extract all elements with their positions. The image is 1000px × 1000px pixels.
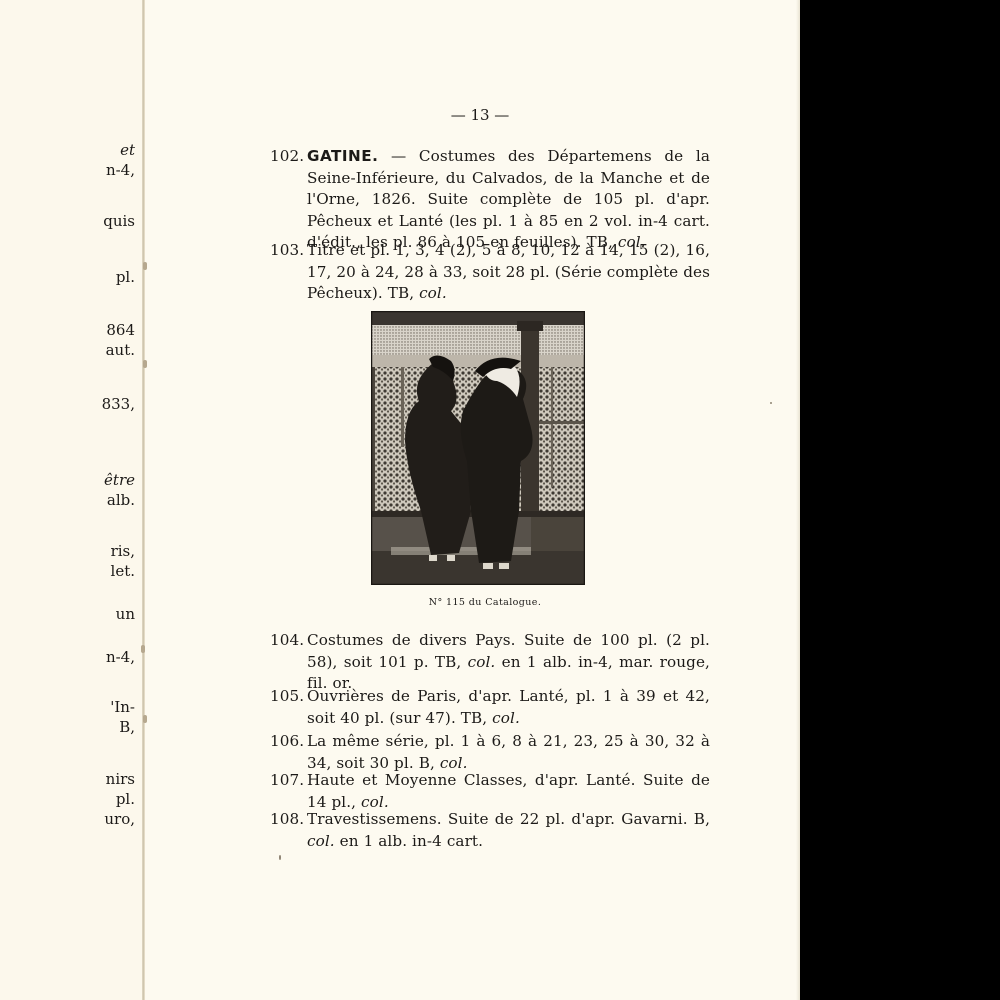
entry-number: 103.: [270, 240, 304, 262]
left-page-text-fragment: pl.: [116, 267, 135, 287]
catalogue-entry: 108.Travestissemens. Suite de 22 pl. d'a…: [270, 809, 710, 852]
entry-description: La même série, pl. 1 à 6, 8 à 21, 23, 25…: [307, 731, 710, 774]
left-page-text-fragment: quis: [103, 211, 135, 231]
page-edge: [796, 0, 800, 1000]
binding-thread-mark: [143, 360, 147, 368]
left-page-text-fragment: n-4,: [106, 647, 135, 667]
entry-condition-col: col.: [361, 793, 389, 811]
entry-text: Travestissemens. Suite de 22 pl. d'apr. …: [307, 810, 710, 828]
left-page-text-fragment: 833,: [102, 394, 135, 414]
catalogue-entry: 104.Costumes de divers Pays. Suite de 10…: [270, 630, 710, 695]
entry-condition-col: col.: [468, 653, 496, 671]
entry-text: Titre et pl. 1, 3, 4 (2), 5 à 8, 10, 12 …: [307, 241, 710, 302]
page-number: — 13 —: [440, 106, 520, 124]
left-page-text-fragment: être: [104, 470, 135, 490]
entry-binding-text: en 1 alb. in-4 cart.: [335, 832, 483, 850]
entry-number: 105.: [270, 686, 304, 708]
binding-thread-mark: [143, 715, 147, 723]
left-page-text-fragment: un: [116, 604, 135, 624]
book-spread: etn-4,quispl.864aut.833,êtrealb.ris,let.…: [0, 0, 1000, 1000]
entry-text: La même série, pl. 1 à 6, 8 à 21, 23, 25…: [307, 732, 710, 772]
left-page-text-fragment: 864: [106, 320, 135, 340]
entry-description: Costumes de divers Pays. Suite de 100 pl…: [307, 630, 710, 695]
paper-speck: [279, 855, 281, 860]
binding-thread-mark: [143, 262, 147, 270]
catalogue-entry: 102.GATINE. — Costumes des Départemens d…: [270, 146, 710, 254]
left-page-text-fragment: let.: [111, 561, 135, 581]
entry-description: Travestissemens. Suite de 22 pl. d'apr. …: [307, 809, 710, 852]
catalogue-entry: 107.Haute et Moyenne Classes, d'apr. Lan…: [270, 770, 710, 813]
entry-description: Ouvrières de Paris, d'apr. Lanté, pl. 1 …: [307, 686, 710, 729]
figure-caption: N° 115 du Catalogue.: [360, 597, 610, 608]
left-page: etn-4,quispl.864aut.833,êtrealb.ris,let.…: [0, 0, 143, 1000]
entry-author: GATINE.: [307, 147, 378, 165]
left-page-text-fragment: et: [120, 140, 135, 160]
entry-description: Titre et pl. 1, 3, 4 (2), 5 à 8, 10, 12 …: [307, 240, 710, 305]
catalogue-entry: 105.Ouvrières de Paris, d'apr. Lanté, pl…: [270, 686, 710, 729]
left-page-text-fragment: uro,: [104, 809, 135, 829]
left-page-text-fragment: pl.: [116, 789, 135, 809]
left-page-text-fragment: ris,: [111, 541, 135, 561]
entry-number: 108.: [270, 809, 304, 831]
left-page-text-fragment: n-4,: [106, 160, 135, 180]
left-page-text-fragment: B,: [119, 717, 135, 737]
catalogue-entry: 106.La même série, pl. 1 à 6, 8 à 21, 23…: [270, 731, 710, 774]
left-page-text-fragment: 'In-: [110, 697, 135, 717]
entry-number: 104.: [270, 630, 304, 652]
entry-number: 102.: [270, 146, 304, 168]
catalogue-entry: 103.Titre et pl. 1, 3, 4 (2), 5 à 8, 10,…: [270, 240, 710, 305]
entry-condition-col: col.: [492, 709, 520, 727]
left-page-text-fragment: nirs: [106, 769, 135, 789]
entry-condition-col: col.: [419, 284, 447, 302]
entry-number: 107.: [270, 770, 304, 792]
entry-condition-col: col.: [440, 754, 468, 772]
binding-thread-mark: [141, 645, 145, 653]
entry-description: GATINE. — Costumes des Départemens de la…: [307, 146, 710, 254]
catalogue-illustration: [371, 311, 585, 585]
paper-speck: [770, 402, 772, 404]
entry-condition-col: col.: [307, 832, 335, 850]
left-page-text-fragment: aut.: [106, 340, 135, 360]
engraving-image: [371, 311, 585, 585]
left-page-text-fragment: alb.: [107, 490, 135, 510]
entry-number: 106.: [270, 731, 304, 753]
entry-description: Haute et Moyenne Classes, d'apr. Lanté. …: [307, 770, 710, 813]
